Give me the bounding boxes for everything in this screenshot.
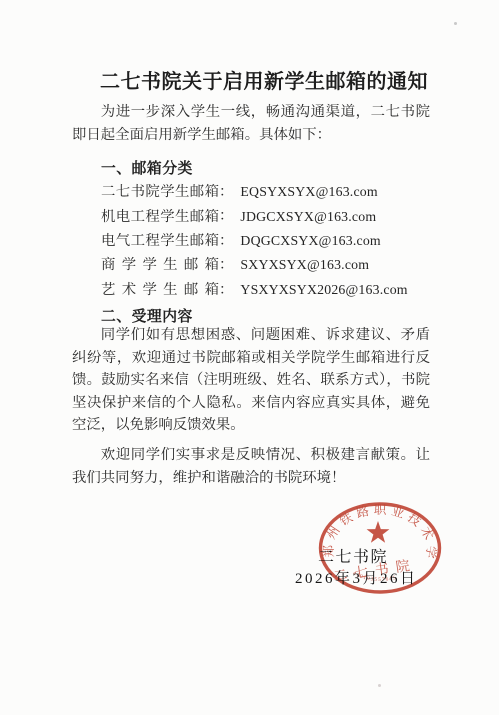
section1-heading: 一、邮箱分类 — [101, 157, 193, 178]
email-label: 机电工程学生邮箱 — [101, 205, 219, 229]
intro-paragraph: 为进一步深入学生一线，畅通沟通渠道，二七书院即日起全面启用新学生邮箱。具体如下： — [72, 101, 430, 146]
seal-star-icon — [367, 521, 390, 543]
email-colon: ： — [219, 257, 233, 273]
email-row: 二七书院学生邮箱：EQSYXSYX@163.com — [101, 180, 408, 204]
email-address: SXYXSYX@163.com — [240, 257, 369, 272]
scan-speck — [378, 684, 381, 687]
email-label: 商学学生邮箱 — [101, 253, 219, 277]
notice-title: 二七书院关于启用新学生邮箱的通知 — [100, 65, 428, 94]
email-list: 二七书院学生邮箱：EQSYXSYX@163.com 机电工程学生邮箱：JDGCX… — [101, 180, 408, 302]
scan-speck — [454, 22, 457, 25]
email-row: 电气工程学生邮箱：DQGCXSYX@163.com — [101, 229, 408, 253]
body-paragraph-2: 欢迎同学们实事求是反映情况、积极建言献策。让我们共同努力，维护和谐融洽的书院环境… — [72, 444, 430, 489]
email-row: 商学学生邮箱：SXYXSYX@163.com — [101, 253, 408, 277]
email-label: 电气工程学生邮箱 — [101, 229, 219, 253]
official-seal: 郑州铁路职业技术学院 二七书院 410103557645 — [314, 499, 446, 599]
email-address: DQGCXSYX@163.com — [240, 233, 380, 248]
email-colon: ： — [219, 233, 233, 249]
email-colon: ： — [219, 184, 233, 200]
document-page: 二七书院关于启用新学生邮箱的通知 为进一步深入学生一线，畅通沟通渠道，二七书院即… — [0, 0, 499, 715]
email-address: YSXYXSYX2026@163.com — [240, 282, 407, 297]
email-row: 机电工程学生邮箱：JDGCXSYX@163.com — [101, 204, 408, 228]
email-address: JDGCXSYX@163.com — [240, 209, 376, 224]
body-paragraph-1: 同学们如有思想困惑、问题困难、诉求建议、矛盾纠纷等，欢迎通过书院邮箱或相关学院学… — [72, 324, 430, 437]
email-row: 艺术学生邮箱：YSXYXSYX2026@163.com — [101, 278, 408, 302]
email-colon: ： — [219, 282, 233, 298]
email-colon: ： — [219, 209, 233, 225]
section2-heading: 二、受理内容 — [101, 305, 193, 326]
email-label: 二七书院学生邮箱 — [101, 180, 219, 204]
email-address: EQSYXSYX@163.com — [240, 184, 377, 199]
email-label: 艺术学生邮箱 — [101, 278, 219, 302]
